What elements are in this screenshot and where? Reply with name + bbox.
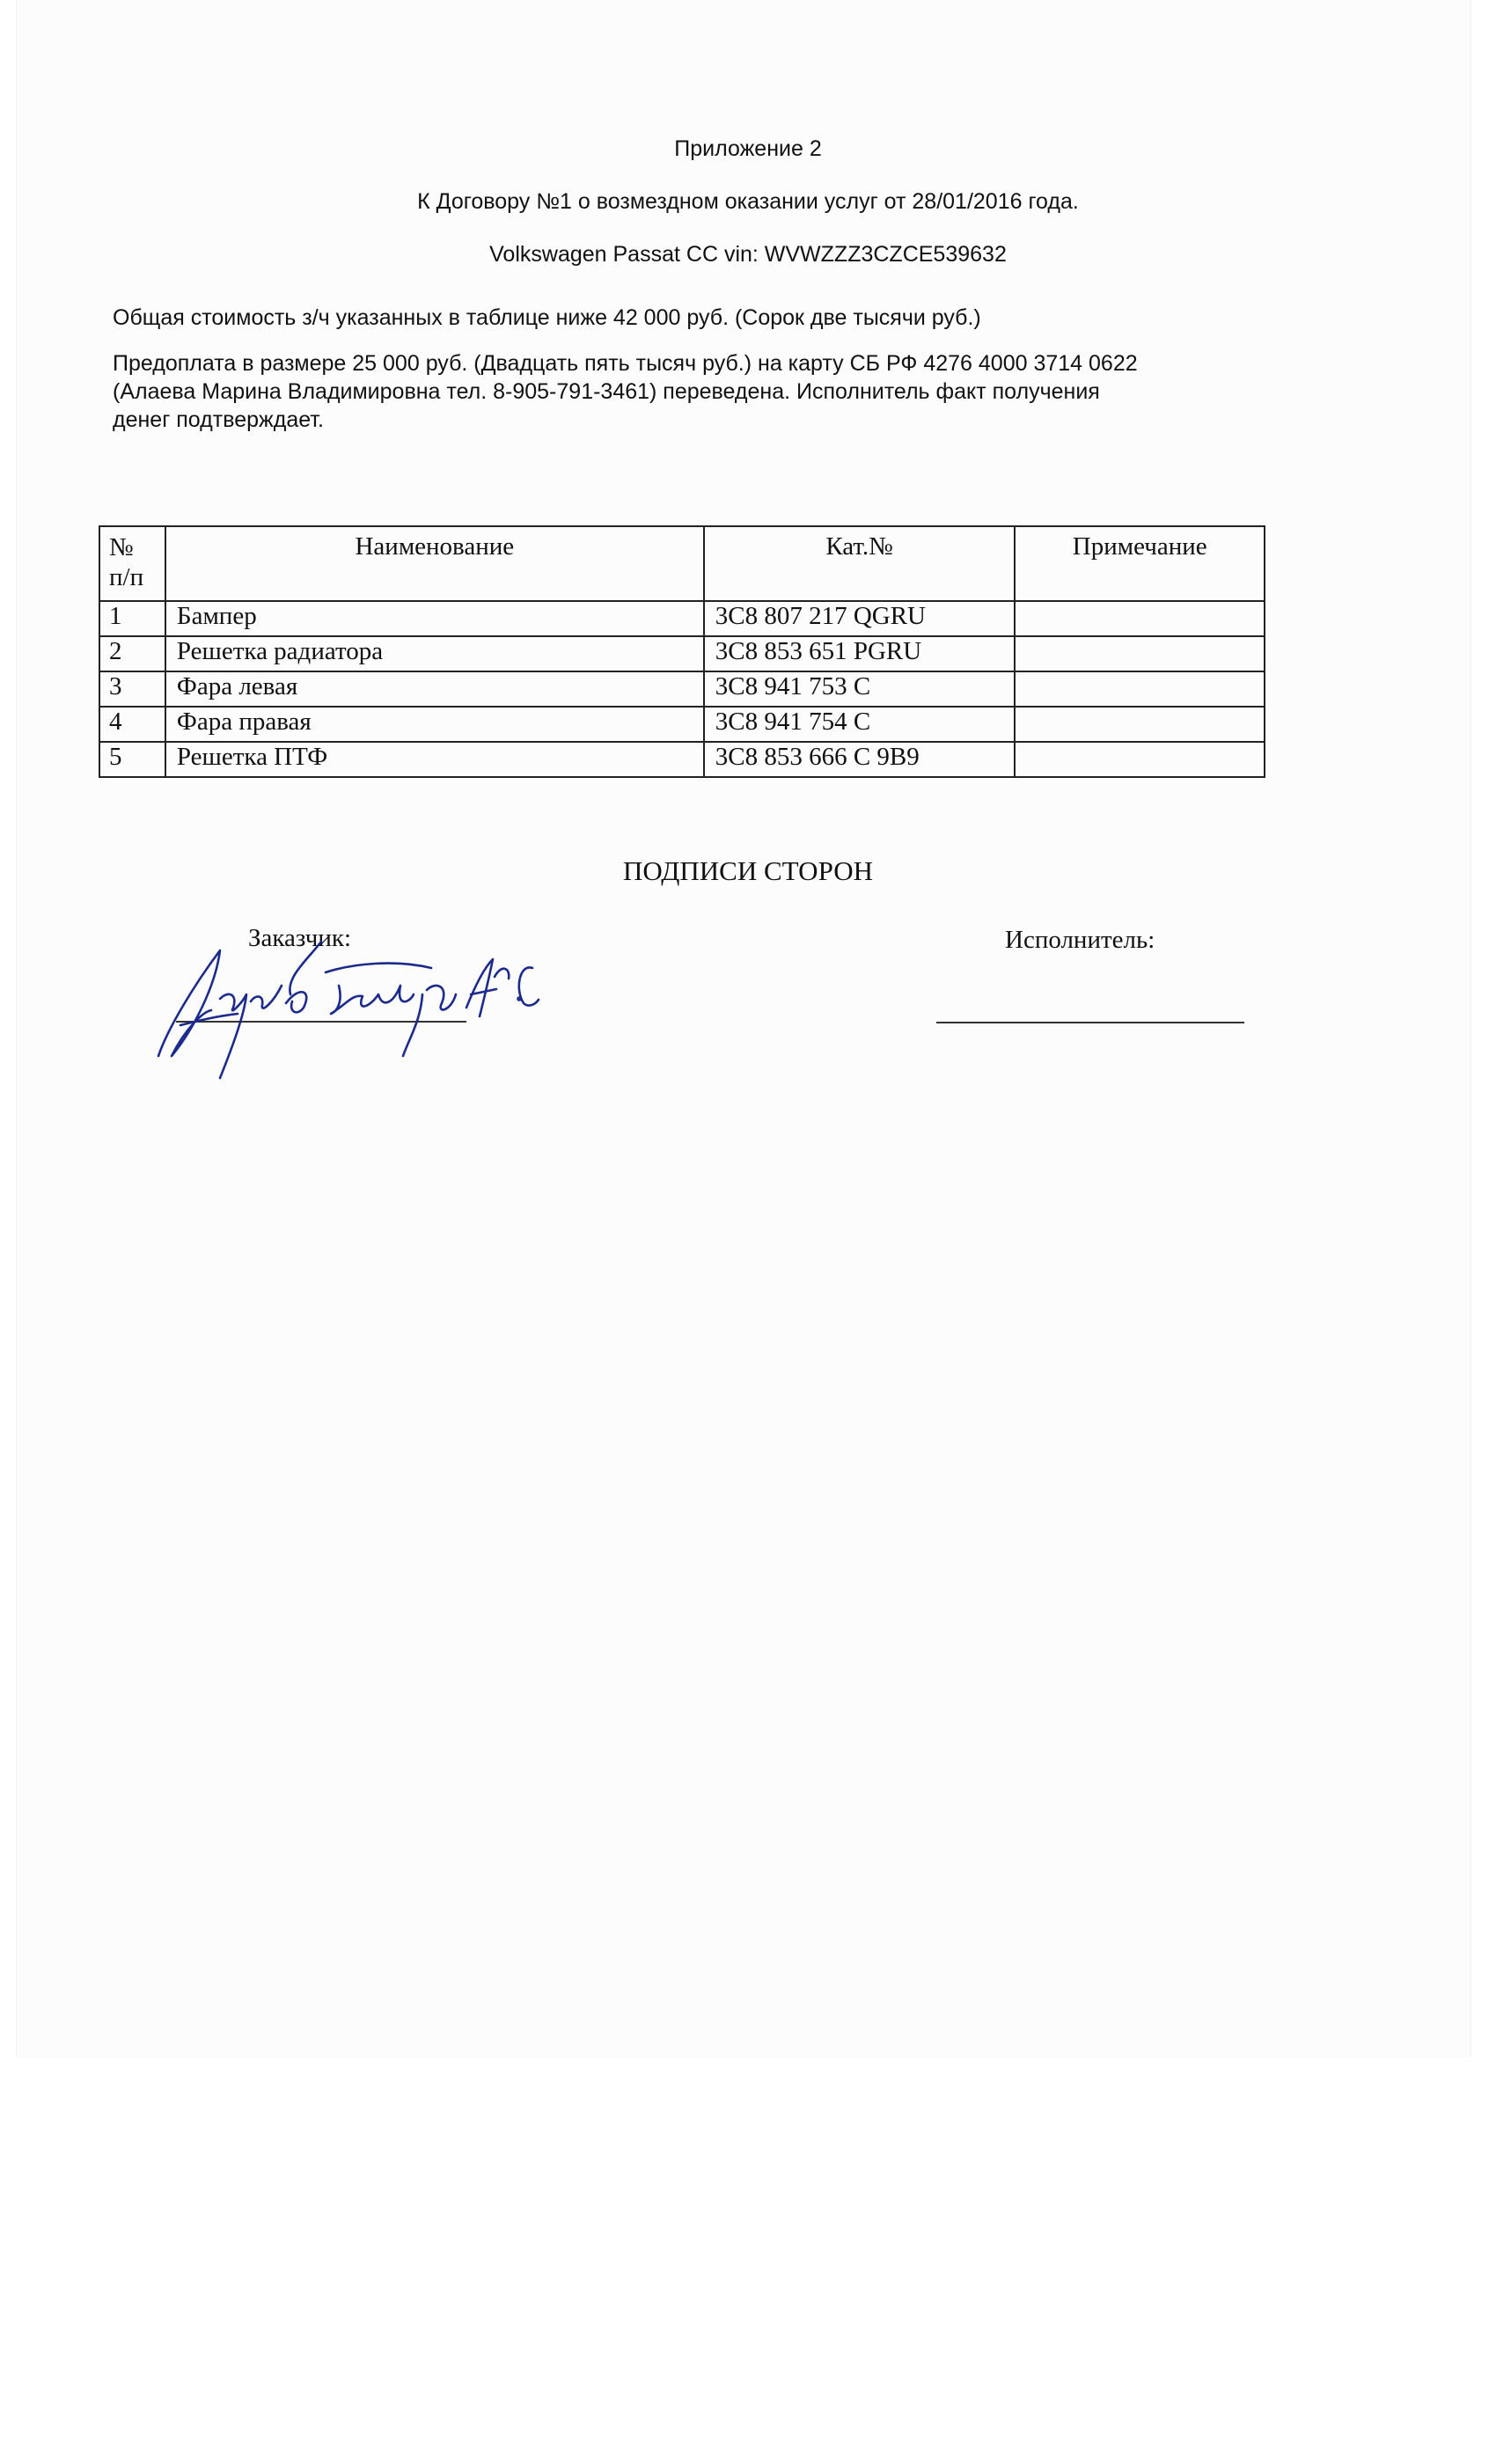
- contract-reference: К Договору №1 о возмездном оказании услу…: [0, 189, 1496, 215]
- appendix-title: Приложение 2: [0, 136, 1496, 162]
- row-number-cell: 3: [99, 671, 165, 707]
- row-number-cell: 1: [99, 601, 165, 636]
- column-header-number: № п/п: [99, 526, 165, 601]
- executor-label: Исполнитель:: [1005, 926, 1155, 955]
- note-cell: [1015, 742, 1265, 777]
- column-header-catalog: Кат.№: [704, 526, 1016, 601]
- part-name-cell: Решетка ПТФ: [165, 742, 704, 777]
- catalog-number-cell: 3C8 853 666 C 9B9: [704, 742, 1016, 777]
- parts-table: № п/п Наименование Кат.№ Примечание 1Бам…: [99, 525, 1265, 778]
- part-name-cell: Бампер: [165, 601, 704, 636]
- table-row: 3Фара левая3C8 941 753 C: [99, 671, 1265, 707]
- table-header-row: № п/п Наименование Кат.№ Примечание: [99, 526, 1265, 601]
- table-row: 4Фара правая3C8 941 754 C: [99, 707, 1265, 742]
- table-row: 2Решетка радиатора3C8 853 651 PGRU: [99, 636, 1265, 671]
- note-cell: [1015, 671, 1265, 707]
- part-name-cell: Решетка радиатора: [165, 636, 704, 671]
- number-abbrev: п/п: [109, 562, 165, 592]
- column-header-note: Примечание: [1015, 526, 1265, 601]
- note-cell: [1015, 601, 1265, 636]
- prepayment-line: Предоплата в размере 25 000 руб. (Двадца…: [113, 349, 1292, 378]
- column-header-name: Наименование: [165, 526, 704, 601]
- note-cell: [1015, 707, 1265, 742]
- prepayment-line: денег подтверждает.: [113, 406, 1292, 434]
- catalog-number-cell: 3C8 853 651 PGRU: [704, 636, 1016, 671]
- part-name-cell: Фара левая: [165, 671, 704, 707]
- row-number-cell: 5: [99, 742, 165, 777]
- vehicle-info: Volkswagen Passat CC vin: WVWZZZ3CZCE539…: [0, 242, 1496, 268]
- signatures-title: ПОДПИСИ СТОРОН: [0, 855, 1496, 887]
- handwritten-signature-icon: [132, 933, 572, 1109]
- total-cost-paragraph: Общая стоимость з/ч указанных в таблице …: [113, 304, 1292, 332]
- table-row: 1Бампер3C8 807 217 QGRU: [99, 601, 1265, 636]
- prepayment-paragraph: Предоплата в размере 25 000 руб. (Двадца…: [113, 349, 1292, 434]
- executor-signature-line: [936, 1022, 1244, 1023]
- prepayment-line: (Алаева Марина Владимировна тел. 8-905-7…: [113, 378, 1292, 406]
- table-row: 5Решетка ПТФ3C8 853 666 C 9B9: [99, 742, 1265, 777]
- catalog-number-cell: 3C8 941 754 C: [704, 707, 1016, 742]
- row-number-cell: 4: [99, 707, 165, 742]
- part-name-cell: Фара правая: [165, 707, 704, 742]
- row-number-cell: 2: [99, 636, 165, 671]
- catalog-number-cell: 3C8 941 753 C: [704, 671, 1016, 707]
- note-cell: [1015, 636, 1265, 671]
- number-sign: №: [109, 532, 165, 562]
- catalog-number-cell: 3C8 807 217 QGRU: [704, 601, 1016, 636]
